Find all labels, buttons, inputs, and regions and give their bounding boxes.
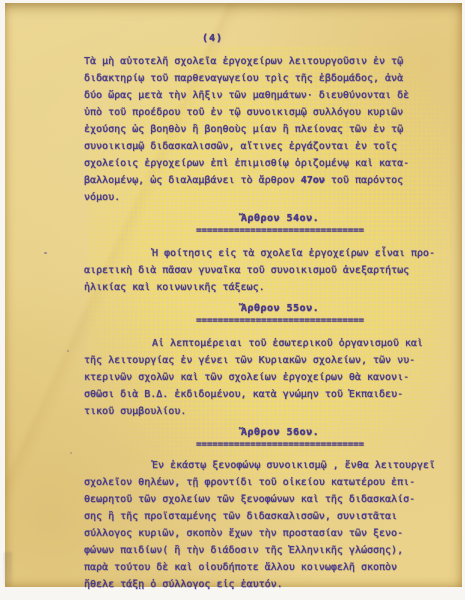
body-line: σθῶσι διὰ Β.Δ. ἐκδιδομένου, κατὰ γνώμην … xyxy=(84,386,424,403)
article-55: Ἄρθρον 55ον. ===========================… xyxy=(84,300,424,420)
ink-speck xyxy=(70,452,72,454)
body-line: συνοικισμῷ διδασκαλισσῶν, αἵτινες ἐργάζο… xyxy=(84,138,424,155)
page-number: (4) xyxy=(202,30,424,47)
body-line-part: βαλλομένῳ, ὡς διαλαμβάνει τὸ ἄρθρον xyxy=(84,175,301,186)
body-line: νόμου. xyxy=(84,189,424,206)
continuation-paragraph: Τὰ μὴ αὐτοτελῆ σχολεῖα ἐργοχείρων λειτου… xyxy=(84,53,424,206)
typewritten-text: (4) Τὰ μὴ αὐτοτελῆ σχολεῖα ἐργοχείρων λε… xyxy=(84,30,424,593)
body-line: κτερινῶν σχολῶν καὶ τῶν σχολείων ἐργοχεί… xyxy=(84,369,424,386)
article-heading: Ἄρθρον 54ον. ===========================… xyxy=(110,210,450,235)
body-line: ὑπὸ τοῦ προέδρου τοῦ ἐν τῷ συνοικισμῷ συ… xyxy=(84,104,424,121)
article-heading: Ἄρθρον 56ον. ===========================… xyxy=(110,424,450,449)
body-line: ἐχούσης ὡς βοηθὸν ἢ βοηθοὺς μίαν ἢ πλείο… xyxy=(84,121,424,138)
ink-speck xyxy=(44,252,47,254)
article-reference-number: 47ον xyxy=(301,175,325,186)
body-line: φώνων παιδίων( ἢ τὴν διάδοσιν τῆς Ἑλληνι… xyxy=(84,542,424,559)
article-56: Ἄρθρον 56ον. ===========================… xyxy=(84,424,424,593)
body-line: Ἡ φοίτησις εἰς τὰ σχολεῖα ἐργοχείρων εἶν… xyxy=(84,245,424,262)
body-line: αιρετικὴ διὰ πᾶσαν γυναῖκα τοῦ συνοικισμ… xyxy=(84,262,424,279)
body-line: σης ἢ τῆς προϊσταμένης τῶν διδασκαλισσῶν… xyxy=(84,508,424,525)
body-line: βαλλομένῳ, ὡς διαλαμβάνει τὸ ἄρθρον 47ον… xyxy=(84,172,424,189)
body-line: σχολείοις ἐργοχείρων ἐπὶ ἐπιμισθίῳ ὁριζο… xyxy=(84,155,424,172)
article-heading-text: Ἄρθρον 54ον. xyxy=(110,210,450,227)
body-line: ἤθελε τάξῃ ὁ σύλλογος εἰς ἑαυτόν. xyxy=(84,576,424,593)
article-54: Ἄρθρον 54ον. ===========================… xyxy=(84,210,424,296)
body-line: Τὰ μὴ αὐτοτελῆ σχολεῖα ἐργοχείρων λειτου… xyxy=(84,53,424,70)
article-heading-text: Ἄρθρον 55ον. xyxy=(110,300,450,317)
heading-underline: =============================== xyxy=(110,318,450,325)
article-heading-text: Ἄρθρον 56ον. xyxy=(110,424,450,441)
body-line: ἡλικίας καὶ κοινωνικῆς τάξεως. xyxy=(84,279,424,296)
ink-speck xyxy=(67,350,69,352)
article-paragraph: Αἱ λεπτομέρειαι τοῦ ἐσωτερικοῦ ὀργανισμο… xyxy=(84,335,424,420)
body-line: δύο ὥρας μετὰ τὴν λῆξιν τῶν μαθημάτων· δ… xyxy=(84,87,424,104)
heading-underline: =============================== xyxy=(110,228,450,235)
body-line: Αἱ λεπτομέρειαι τοῦ ἐσωτερικοῦ ὀργανισμο… xyxy=(84,335,424,352)
body-line: τικοῦ συμβουλίου. xyxy=(84,403,424,420)
body-line: σύλλογος κυριῶν, σκοπὸν ἔχων τὴν προστασ… xyxy=(84,525,424,542)
article-paragraph: Ἐν ἑκάστῳ ξενοφώνῳ συνοικισμῷ , ἔνθα λει… xyxy=(84,457,424,593)
body-line: παρὰ τούτου δὲ καὶ οἱουδήποτε ἄλλου κοιν… xyxy=(84,559,424,576)
body-line: τῆς λειτουργίας ἐν γένει τῶν Κυριακῶν σχ… xyxy=(84,352,424,369)
body-line: Ἐν ἑκάστῳ ξενοφώνῳ συνοικισμῷ , ἔνθα λει… xyxy=(84,457,424,474)
body-line: θεωρητοῦ τῶν σχολείων τῶν ξενοφώνων καὶ … xyxy=(84,491,424,508)
body-line: διδακτηρίῳ τοῦ παρθεναγωγείου τρὶς τῆς ἑ… xyxy=(84,70,424,87)
body-line-part: τοῦ παρόντος xyxy=(325,175,403,186)
pencil-smudge xyxy=(4,552,12,586)
article-heading: Ἄρθρον 55ον. ===========================… xyxy=(110,300,450,325)
body-line: σχολεῖον θηλέων, τῇ φροντίδι τοῦ οἰκείου… xyxy=(84,474,424,491)
heading-underline: =============================== xyxy=(110,442,450,449)
article-paragraph: Ἡ φοίτησις εἰς τὰ σχολεῖα ἐργοχείρων εἶν… xyxy=(84,245,424,296)
scanned-document: (4) Τὰ μὴ αὐτοτελῆ σχολεῖα ἐργοχείρων λε… xyxy=(0,0,465,600)
